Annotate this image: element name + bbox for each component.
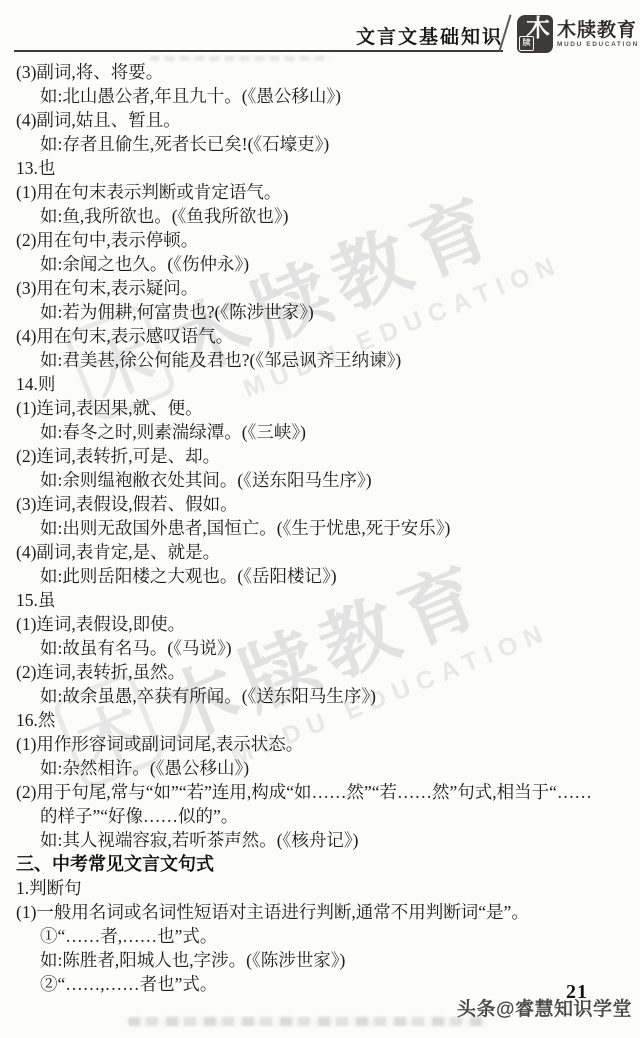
text-line-example: 如:若为佣耕,何富贵也?(《陈涉世家》) bbox=[16, 300, 634, 324]
page-title: 文言文基础知识 bbox=[0, 22, 503, 49]
text-line-item: (1)用在句末表示判断或肯定语气。 bbox=[16, 180, 634, 204]
text-line-example: 如:陈胜者,阳城人也,字涉。(《陈涉世家》) bbox=[16, 948, 634, 972]
text-line-item: (1)连词,表假设,即使。 bbox=[16, 612, 634, 636]
toutiao-credit-watermark: 头条@睿慧知识学堂 bbox=[457, 994, 632, 1021]
text-line-example: 如:春冬之时,则素湍绿潭。(《三峡》) bbox=[16, 420, 634, 444]
text-line-item: 14.则 bbox=[16, 372, 634, 396]
document-body: (3)副词,将、将要。如:北山愚公者,年且九十。(《愚公移山》)(4)副词,姑且… bbox=[16, 60, 634, 996]
text-line-item: 13.也 bbox=[16, 156, 634, 180]
text-line-item: (3)副词,将、将要。 bbox=[16, 60, 634, 84]
text-line-item: (4)副词,姑且、暂且。 bbox=[16, 108, 634, 132]
text-line-example: 如:杂然相许。(《愚公移山》) bbox=[16, 756, 634, 780]
logo-wordmark: 木牍教育 MUDU EDUCATION bbox=[557, 20, 639, 48]
text-line-item: 1.判断句 bbox=[16, 876, 634, 900]
text-line-example: ②“……,……者也”式。 bbox=[16, 972, 634, 996]
text-line-item: (2)用在句中,表示停顿。 bbox=[16, 228, 634, 252]
bleed-through-text bbox=[128, 1017, 488, 1026]
text-line-item: 15.虽 bbox=[16, 588, 634, 612]
text-line-item: (2)连词,表转折,虽然。 bbox=[16, 660, 634, 684]
logo-name-cn: 木牍教育 bbox=[557, 20, 639, 41]
text-line-item: (1)用作形容词或副词词尾,表示状态。 bbox=[16, 732, 634, 756]
text-line-section: 三、中考常见文言文句式 bbox=[16, 852, 634, 876]
text-line-continuation: 的样子”“好像……似的”。 bbox=[16, 804, 634, 828]
text-line-example: 如:余闻之也久。(《伤仲永》) bbox=[16, 252, 634, 276]
text-line-item: (1)一般用名词或名词性短语对主语进行判断,通常不用判断词“是”。 bbox=[16, 900, 634, 924]
text-line-item: (3)用在句末,表示疑问。 bbox=[16, 276, 634, 300]
seal-sub-character: 牍 bbox=[519, 36, 534, 51]
text-line-example: 如:存者且偷生,死者长已矣!(《石壕吏》) bbox=[16, 132, 634, 156]
text-line-item: (1)连词,表因果,就、便。 bbox=[16, 396, 634, 420]
text-line-example: 如:余则缊袍敝衣处其间。(《送东阳马生序》) bbox=[16, 468, 634, 492]
text-line-item: (4)副词,表肯定,是、就是。 bbox=[16, 540, 634, 564]
mudu-logo: 木 牍 木牍教育 MUDU EDUCATION bbox=[517, 15, 639, 53]
text-line-example: 如:出则无敌国外患者,国恒亡。(《生于忧患,死于安乐》) bbox=[16, 516, 634, 540]
logo-name-en: MUDU EDUCATION bbox=[557, 41, 639, 48]
text-line-example: ①“……者,……也”式。 bbox=[16, 924, 634, 948]
text-line-example: 如:故余虽愚,卒获有所闻。(《送东阳马生序》) bbox=[16, 684, 634, 708]
mudu-seal-icon: 木 牍 bbox=[517, 15, 553, 53]
text-line-item: (2)连词,表转折,可是、却。 bbox=[16, 444, 634, 468]
text-line-example: 如:故虽有名马。(《马说》) bbox=[16, 636, 634, 660]
text-line-example: 如:北山愚公者,年且九十。(《愚公移山》) bbox=[16, 84, 634, 108]
text-line-item: (4)用在句末,表示感叹语气。 bbox=[16, 324, 634, 348]
header-rule bbox=[14, 50, 503, 52]
text-line-item: (3)连词,表假设,假若、假如。 bbox=[16, 492, 634, 516]
text-line-example: 如:君美甚,徐公何能及君也?(《邹忌讽齐王纳谏》) bbox=[16, 348, 634, 372]
text-line-example: 如:鱼,我所欲也。(《鱼我所欲也》) bbox=[16, 204, 634, 228]
text-line-example: 如:其人视端容寂,若听茶声然。(《核舟记》) bbox=[16, 828, 634, 852]
text-line-item: (2)用于句尾,常与“如”“若”连用,构成“如……然”“若……然”句式,相当于“… bbox=[16, 780, 634, 804]
text-line-item: 16.然 bbox=[16, 708, 634, 732]
scanned-document-page: 文言文基础知识 木 牍 木牍教育 MUDU EDUCATION 木 木牍教育 M… bbox=[0, 0, 640, 1038]
text-line-example: 如:此则岳阳楼之大观也。(《岳阳楼记》) bbox=[16, 564, 634, 588]
